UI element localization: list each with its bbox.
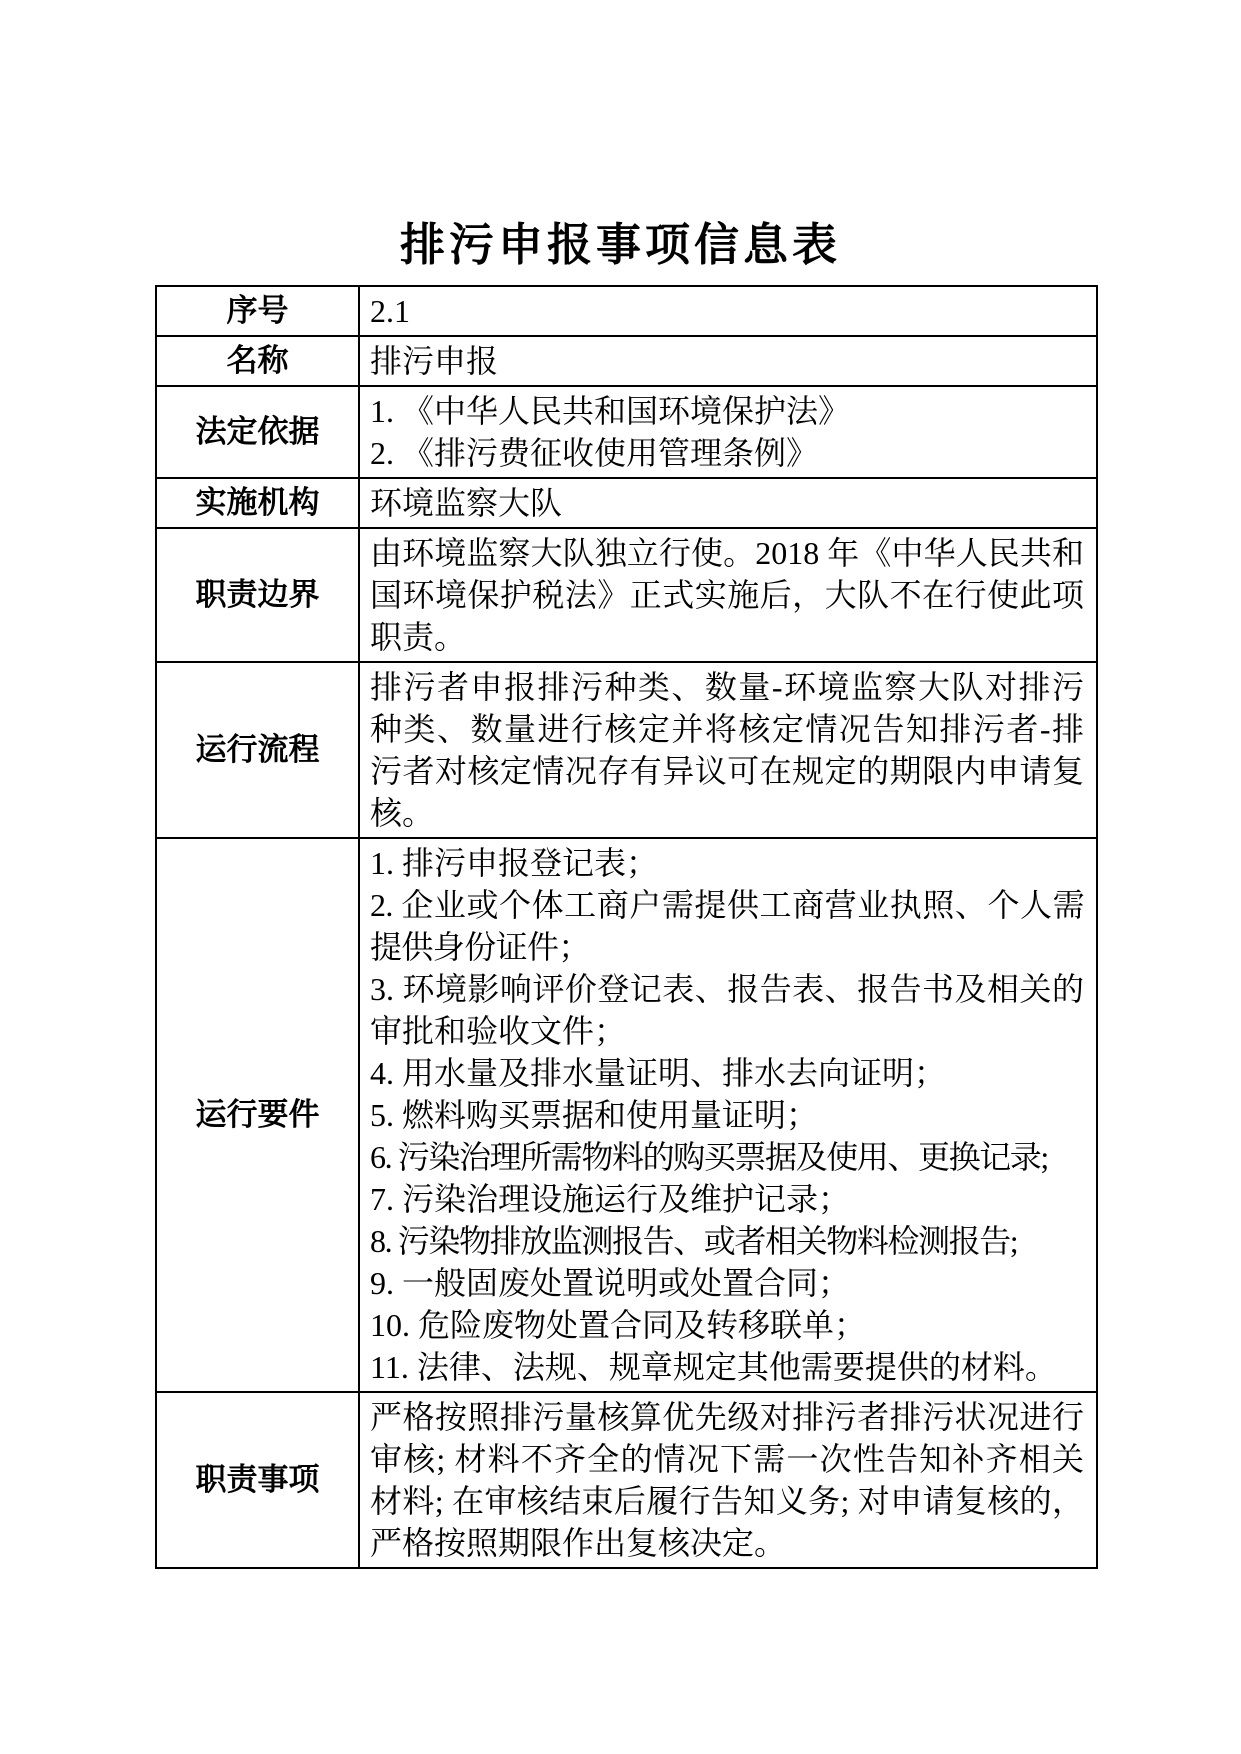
content-paragraph: 严格按照排污量核算优先级对排污者排污状况进行审核; 材料不齐全的情况下需一次性告… [370,1396,1084,1564]
content-paragraph: 3. 环境影响评价登记表、报告表、报告书及相关的审批和验收文件； [370,968,1084,1052]
row-content: 1. 排污申报登记表； 2. 企业或个体工商户需提供工商营业执照、个人需提供身份… [359,838,1097,1392]
content-paragraph: 1. 排污申报登记表； [370,842,1084,884]
row-content: 环境监察大队 [359,478,1097,528]
content-paragraph: 9. 一般固废处置说明或处置合同； [370,1262,1084,1304]
row-content: 2.1 [359,286,1097,336]
content-paragraph: 10. 危险废物处置合同及转移联单； [370,1304,1084,1346]
table-row-shishi-jigou: 实施机构 环境监察大队 [156,478,1097,528]
table-row-zhize-shixiang: 职责事项 严格按照排污量核算优先级对排污者排污状况进行审核; 材料不齐全的情况下… [156,1392,1097,1568]
row-label: 职责事项 [156,1392,359,1568]
document-title: 排污申报事项信息表 [149,220,1092,270]
content-paragraph: 4. 用水量及排水量证明、排水去向证明； [370,1052,1084,1094]
table-row-zhize-bianjie: 职责边界 由环境监察大队独立行使。2018 年《中华人民共和国环境保护税法》正式… [156,528,1097,662]
document-page: 排污申报事项信息表 序号 2.1 名称 排污申报 法定依据 1. 《中华人民共和… [0,0,1241,1754]
content-paragraph: 由环境监察大队独立行使。2018 年《中华人民共和国环境保护税法》正式实施后，大… [370,532,1084,658]
content-paragraph: 11. 法律、法规、规章规定其他需要提供的材料。 [370,1346,1084,1388]
row-content: 1. 《中华人民共和国环境保护法》 2. 《排污费征收使用管理条例》 [359,386,1097,478]
row-content: 排污申报 [359,336,1097,386]
content-paragraph: 5. 燃料购买票据和使用量证明； [370,1094,1084,1136]
row-label: 运行流程 [156,662,359,838]
content-paragraph: 2.1 [370,290,1084,332]
row-label: 序号 [156,286,359,336]
content-paragraph: 8. 污染物排放监测报告、或者相关物料检测报告; [370,1220,1084,1262]
info-table: 序号 2.1 名称 排污申报 法定依据 1. 《中华人民共和国环境保护法》 2.… [155,285,1098,1569]
row-content: 严格按照排污量核算优先级对排污者排污状况进行审核; 材料不齐全的情况下需一次性告… [359,1392,1097,1568]
content-paragraph: 排污者申报排污种类、数量-环境监察大队对排污种类、数量进行核定并将核定情况告知排… [370,666,1084,834]
row-label: 名称 [156,336,359,386]
row-label: 法定依据 [156,386,359,478]
table-row-fading-yiju: 法定依据 1. 《中华人民共和国环境保护法》 2. 《排污费征收使用管理条例》 [156,386,1097,478]
content-paragraph: 2. 企业或个体工商户需提供工商营业执照、个人需提供身份证件； [370,884,1084,968]
content-paragraph: 7. 污染治理设施运行及维护记录； [370,1178,1084,1220]
table-row-yunxing-yaojian: 运行要件 1. 排污申报登记表； 2. 企业或个体工商户需提供工商营业执照、个人… [156,838,1097,1392]
content-paragraph: 1. 《中华人民共和国环境保护法》 [370,390,1084,432]
content-paragraph: 6. 污染治理所需物料的购买票据及使用、更换记录; [370,1136,1084,1178]
row-label: 实施机构 [156,478,359,528]
row-label: 运行要件 [156,838,359,1392]
content-paragraph: 排污申报 [370,340,1084,382]
table-row-xuhao: 序号 2.1 [156,286,1097,336]
table-row-mingcheng: 名称 排污申报 [156,336,1097,386]
row-label: 职责边界 [156,528,359,662]
table-row-yunxing-liucheng: 运行流程 排污者申报排污种类、数量-环境监察大队对排污种类、数量进行核定并将核定… [156,662,1097,838]
content-paragraph: 2. 《排污费征收使用管理条例》 [370,432,1084,474]
row-content: 排污者申报排污种类、数量-环境监察大队对排污种类、数量进行核定并将核定情况告知排… [359,662,1097,838]
row-content: 由环境监察大队独立行使。2018 年《中华人民共和国环境保护税法》正式实施后，大… [359,528,1097,662]
content-paragraph: 环境监察大队 [370,482,1084,524]
